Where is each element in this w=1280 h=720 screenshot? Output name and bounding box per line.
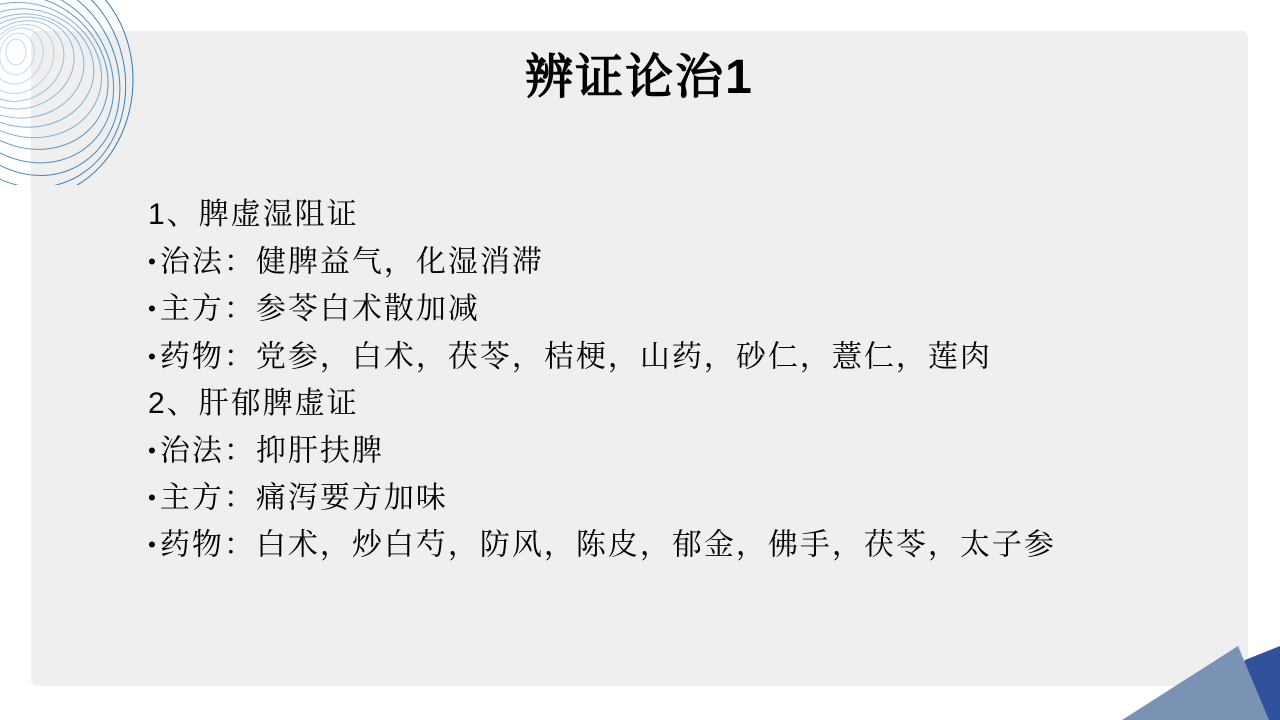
section-liver-stagnation: 2、肝郁脾虚证 治法：抑肝扶脾 主方：痛泻要方加味 药物：白术，炒白芍，防风，陈… [148,380,1056,569]
content-panel: 辨证论治1 1、脾虚湿阻证 治法：健脾益气，化湿消滞 主方：参苓白术散加减 药物… [31,31,1248,686]
bullet-treatment-method: 治法：抑肝扶脾 [148,427,1056,474]
slide-title: 辨证论治1 [31,31,1248,107]
bullet-herbs: 药物：党参，白术，茯苓，桔梗，山药，砂仁，薏仁，莲肉 [148,333,1056,380]
slide-body: 1、脾虚湿阻证 治法：健脾益气，化湿消滞 主方：参苓白术散加减 药物：党参，白术… [148,191,1056,569]
section-heading: 1、脾虚湿阻证 [148,191,1056,238]
bullet-herbs: 药物：白术，炒白芍，防风，陈皮，郁金，佛手，茯苓，太子参 [148,521,1056,568]
section-spleen-deficiency: 1、脾虚湿阻证 治法：健脾益气，化湿消滞 主方：参苓白术散加减 药物：党参，白术… [148,191,1056,380]
bullet-main-formula: 主方：参苓白术散加减 [148,285,1056,332]
bullet-treatment-method: 治法：健脾益气，化湿消滞 [148,238,1056,285]
section-heading: 2、肝郁脾虚证 [148,380,1056,427]
bullet-main-formula: 主方：痛泻要方加味 [148,474,1056,521]
presentation-slide: 辨证论治1 1、脾虚湿阻证 治法：健脾益气，化湿消滞 主方：参苓白术散加减 药物… [0,0,1280,720]
